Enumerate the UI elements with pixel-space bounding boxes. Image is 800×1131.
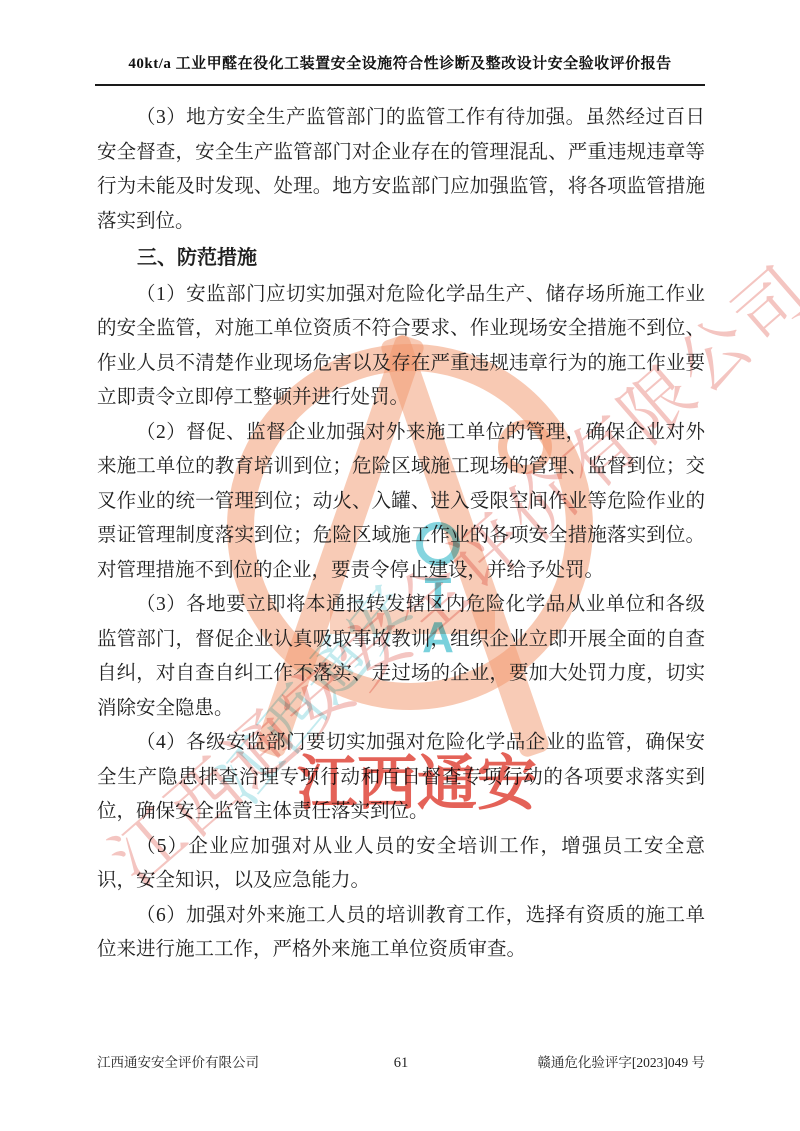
- footer-doc-number: 赣通危化验评字[2023]049 号: [408, 1051, 705, 1071]
- section-heading: 三、防范措施: [97, 241, 705, 276]
- document-body: （3）地方安全生产监管部门的监管工作有待加强。虽然经过百日安全督查，安全生产监管…: [97, 101, 705, 968]
- footer-page-number: 61: [394, 1055, 409, 1072]
- lead-paragraph: （3）地方安全生产监管部门的监管工作有待加强。虽然经过百日安全督查，安全生产监管…: [97, 101, 705, 239]
- measure-paragraph-5: （5）企业应加强对从业人员的安全培训工作，增强员工安全意识，安全知识，以及应急能…: [97, 830, 705, 899]
- page-header-title: 40kt/a 工业甲醛在役化工装置安全设施符合性诊断及整改设计安全验收评价报告: [0, 52, 800, 73]
- report-page: T A 江西通安 40kt/a 工业甲醛在役化工装置安全设施符合性诊断及整改设计…: [0, 0, 800, 1131]
- measure-paragraph-3: （3）各地要立即将本通报转发辖区内危险化学品从业单位和各级监管部门，督促企业认真…: [97, 588, 705, 726]
- measure-paragraph-2: （2）督促、监督企业加强对外来施工单位的管理，确保企业对外来施工单位的教育培训到…: [97, 416, 705, 589]
- measure-paragraph-4: （4）各级安监部门要切实加强对危险化学品企业的监管，确保安全生产隐患排查治理专项…: [97, 726, 705, 830]
- measure-paragraph-6: （6）加强对外来施工人员的培训教育工作，选择有资质的施工单位来进行施工工作，严格…: [97, 899, 705, 968]
- header-divider: [95, 84, 705, 86]
- footer-company-name: 江西通安安全评价有限公司: [97, 1051, 394, 1071]
- measure-paragraph-1: （1）安监部门应切实加强对危险化学品生产、储存场所施工作业的安全监管，对施工单位…: [97, 278, 705, 416]
- page-footer: 江西通安安全评价有限公司 61 赣通危化验评字[2023]049 号: [97, 1051, 705, 1072]
